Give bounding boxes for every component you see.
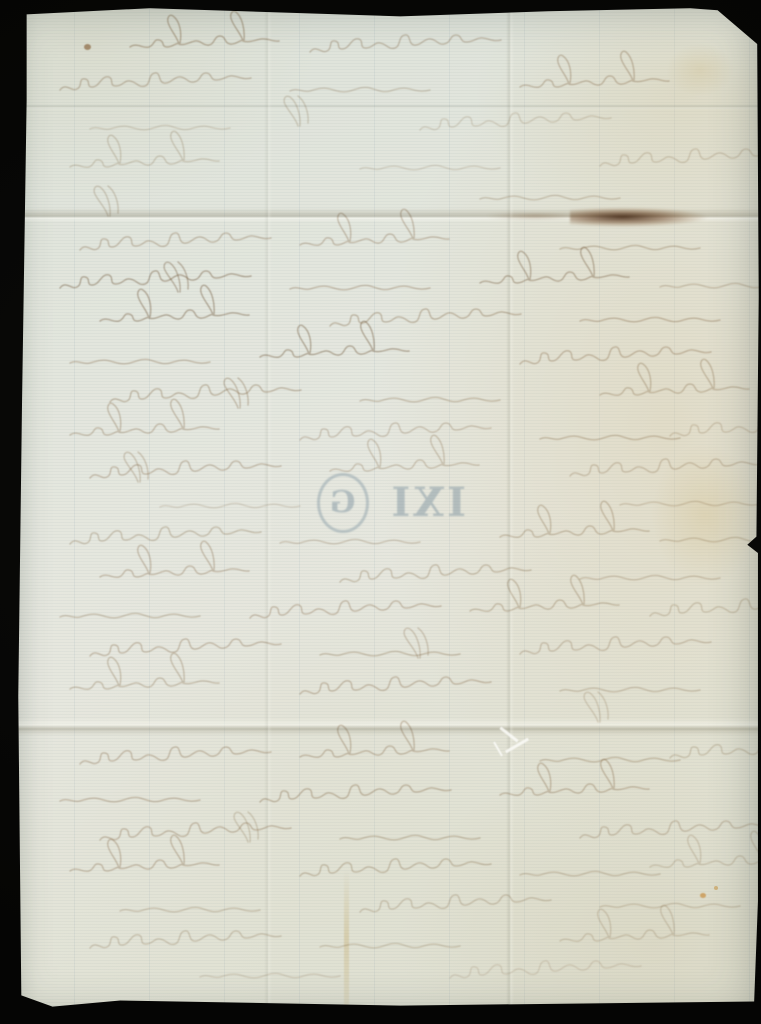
paper-edge-vignette — [0, 0, 761, 1024]
letter-paper: IXI G — [0, 0, 761, 1024]
scanner-backdrop: IXI G — [0, 0, 761, 1024]
